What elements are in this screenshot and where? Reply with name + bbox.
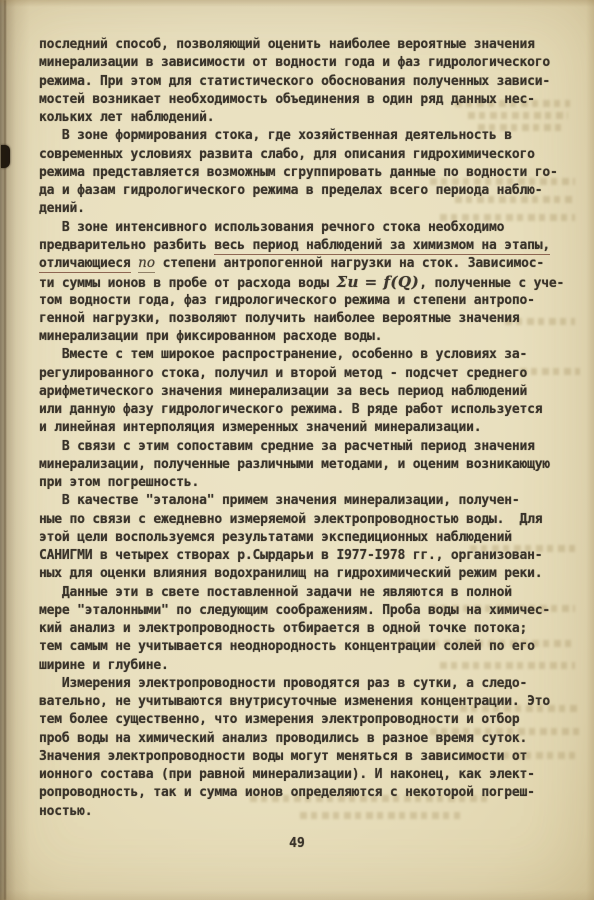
text-line: минерализации в зависимости от водности … bbox=[39, 54, 573, 72]
text-line: предварительно разбить весь период наблю… bbox=[39, 237, 573, 255]
text-line: ропроводность, так и сумма ионов определ… bbox=[39, 784, 573, 802]
text-line: ширине и глубине. bbox=[39, 657, 573, 675]
text-line: ные по связи с ежедневно измеряемой элек… bbox=[39, 511, 573, 529]
text-line: кий анализ и электропроводность отбирает… bbox=[39, 620, 573, 638]
spine-line bbox=[4, 0, 6, 900]
text-line: режима представляется возможным сгруппир… bbox=[39, 164, 573, 182]
text-line: да и фазам гидрологического режима в пре… bbox=[39, 182, 573, 200]
text-line: тем более существенно, что измерения эле… bbox=[39, 711, 573, 729]
text-line: арифметического значения минерализации з… bbox=[39, 383, 573, 401]
text-line: ти суммы ионов в пробе от расхода воды Σ… bbox=[39, 273, 573, 291]
text-line: тем самым не учитывается неоднородность … bbox=[39, 638, 573, 656]
text-line: Данные эти в свете поставленной задачи н… bbox=[39, 584, 573, 602]
text-line: Вместе с тем широкое распространение, ос… bbox=[39, 346, 573, 364]
text-line: ных для оценки влияния водохранилищ на г… bbox=[39, 565, 573, 583]
text-block: последний способ, позволяющий оценить на… bbox=[39, 36, 573, 821]
text-line: минерализации при фиксированном расходе … bbox=[39, 328, 573, 346]
document-page: последний способ, позволяющий оценить на… bbox=[0, 0, 594, 900]
text-line: регулированного стока, получил и второй … bbox=[39, 365, 573, 383]
text-line: и линейная интерполяция измеренных значе… bbox=[39, 419, 573, 437]
text-line: САНИГМИ в четырех створах р.Сырдарьи в I… bbox=[39, 547, 573, 565]
text-line: В зоне интенсивного использования речног… bbox=[39, 219, 573, 237]
text-line: последний способ, позволяющий оценить на… bbox=[39, 36, 573, 54]
text-line: минерализации, полученные различными мет… bbox=[39, 456, 573, 474]
text-line: том водности года, фаз гидрологического … bbox=[39, 292, 573, 310]
page-number: 49 bbox=[0, 836, 594, 851]
text-line: вательно, не учитываются внутрисуточные … bbox=[39, 693, 573, 711]
text-line: мостей возникает необходимость объединен… bbox=[39, 91, 573, 109]
text-line: этой цели воспользуемся результатами экс… bbox=[39, 529, 573, 547]
text-line: генной нагрузки, позволяют получить наиб… bbox=[39, 310, 573, 328]
text-line: или данную фазу гидрологического режима.… bbox=[39, 401, 573, 419]
text-line: режима. При этом для статистического обо… bbox=[39, 73, 573, 91]
text-line: В зоне формирования стока, где хозяйстве… bbox=[39, 127, 573, 145]
text-line: дений. bbox=[39, 200, 573, 218]
text-line: ионного состава (при равной минерализаци… bbox=[39, 766, 573, 784]
ink-mark bbox=[1, 145, 10, 168]
text-line: Измерения электропроводности проводятся … bbox=[39, 675, 573, 693]
text-line: при этом погрешность. bbox=[39, 474, 573, 492]
text-line: Значения электропроводности воды могут м… bbox=[39, 748, 573, 766]
text-line: В связи с этим сопоставим средние за рас… bbox=[39, 438, 573, 456]
text-line: современных условиях развита слабо, для … bbox=[39, 146, 573, 164]
text-line: проб воды на химический анализ проводили… bbox=[39, 730, 573, 748]
text-line: В качестве "эталона" примем значения мин… bbox=[39, 492, 573, 510]
text-line: ностью. bbox=[39, 803, 573, 821]
text-line: мере "эталонными" по следующим соображен… bbox=[39, 602, 573, 620]
text-line: кольких лет наблюдений. bbox=[39, 109, 573, 127]
text-line: отличающиеся по степени антропогенной на… bbox=[39, 255, 573, 273]
